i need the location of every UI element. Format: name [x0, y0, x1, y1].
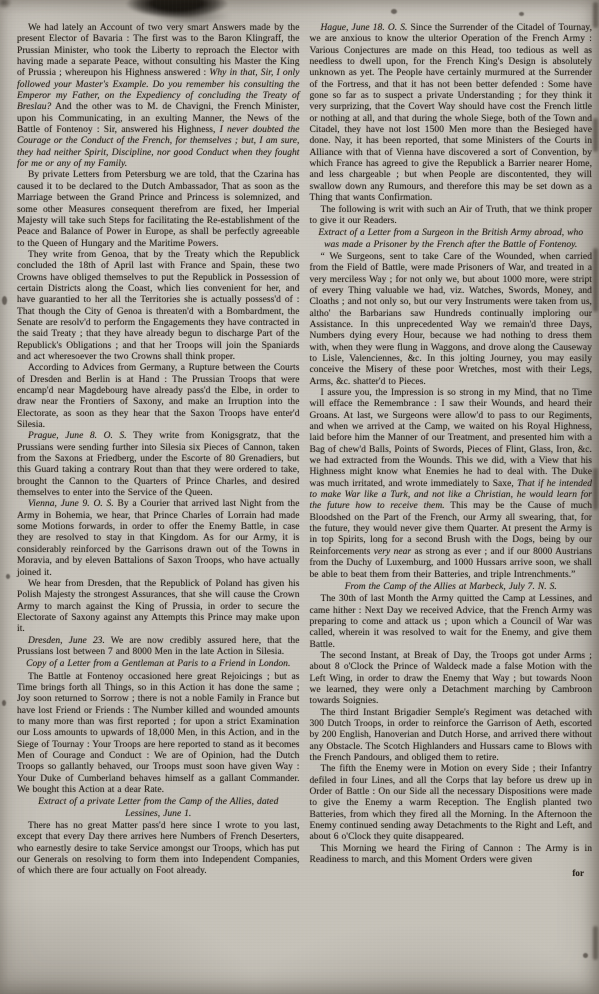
- news-paragraph: We had lately an Account of two very sma…: [17, 23, 300, 170]
- ink-speck: [583, 953, 588, 958]
- ink-speck: [519, 12, 524, 16]
- news-paragraph: They write from Genoa, that by the Treat…: [17, 250, 300, 363]
- corner-smudge: [0, 0, 12, 9]
- news-paragraph: This Morning we heard the Firing of Cann…: [310, 844, 593, 867]
- text-columns: We had lately an Account of two very sma…: [17, 23, 592, 880]
- ink-speck: [2, 700, 6, 706]
- news-paragraph: Vienna, June 9. O. S. By a Courier that …: [17, 499, 300, 578]
- ink-speck: [391, 9, 397, 14]
- news-paragraph: The second Instant, at Break of Day, the…: [310, 651, 593, 708]
- news-paragraph: The Battle at Fontenoy occasioned here g…: [17, 672, 300, 797]
- ink-speck: [6, 574, 10, 579]
- page-edge-mark: [593, 468, 598, 510]
- ink-speck: [2, 296, 7, 305]
- page-edge-mark: [593, 2, 598, 28]
- newspaper-page: We had lately an Account of two very sma…: [0, 0, 599, 994]
- letter-heading: Extract of a private Letter from the Cam…: [23, 797, 294, 820]
- ink-blot: [126, 0, 228, 18]
- page-edge-mark: [593, 926, 598, 960]
- letter-heading: Copy of a Letter from a Gentleman at Par…: [23, 659, 294, 670]
- page-edge-mark: [593, 118, 598, 152]
- news-paragraph: I assure you, the Impression is so stron…: [310, 388, 593, 581]
- news-paragraph: Hague, June 18. O. S. Since the Surrende…: [310, 23, 593, 205]
- news-paragraph: According to Advices from Germany, a Rup…: [17, 363, 300, 431]
- news-column-left: We had lately an Account of two very sma…: [17, 23, 300, 880]
- news-paragraph: There has no great Matter pass'd here si…: [17, 821, 300, 878]
- news-paragraph: Dresden, June 23. We are now credibly as…: [17, 636, 300, 659]
- news-paragraph: Prague, June 8. O. S. They write from Ko…: [17, 431, 300, 499]
- news-paragraph: The fifth the Enemy were in Motion on ev…: [310, 764, 593, 843]
- news-paragraph: The following is writ with such an Air o…: [310, 205, 593, 228]
- news-paragraph: The third Instant Brigadier Semple's Reg…: [310, 708, 593, 765]
- letter-heading: Extract of a Letter from a Surgeon in th…: [316, 228, 587, 251]
- letter-heading: From the Camp of the Allies at Marbeck, …: [316, 582, 587, 593]
- news-paragraph: The 30th of last Month the Army quitted …: [310, 594, 593, 651]
- page-edge-mark: [593, 248, 598, 312]
- news-paragraph: We hear from Dresden, that the Republick…: [17, 579, 300, 636]
- news-paragraph: By private Letters from Petersburg we ar…: [17, 170, 300, 249]
- news-paragraph: “ We Surgeons, sent to take Care of the …: [310, 252, 593, 388]
- news-column-right: Hague, June 18. O. S. Since the Surrende…: [310, 23, 593, 880]
- catchword: for: [310, 868, 593, 879]
